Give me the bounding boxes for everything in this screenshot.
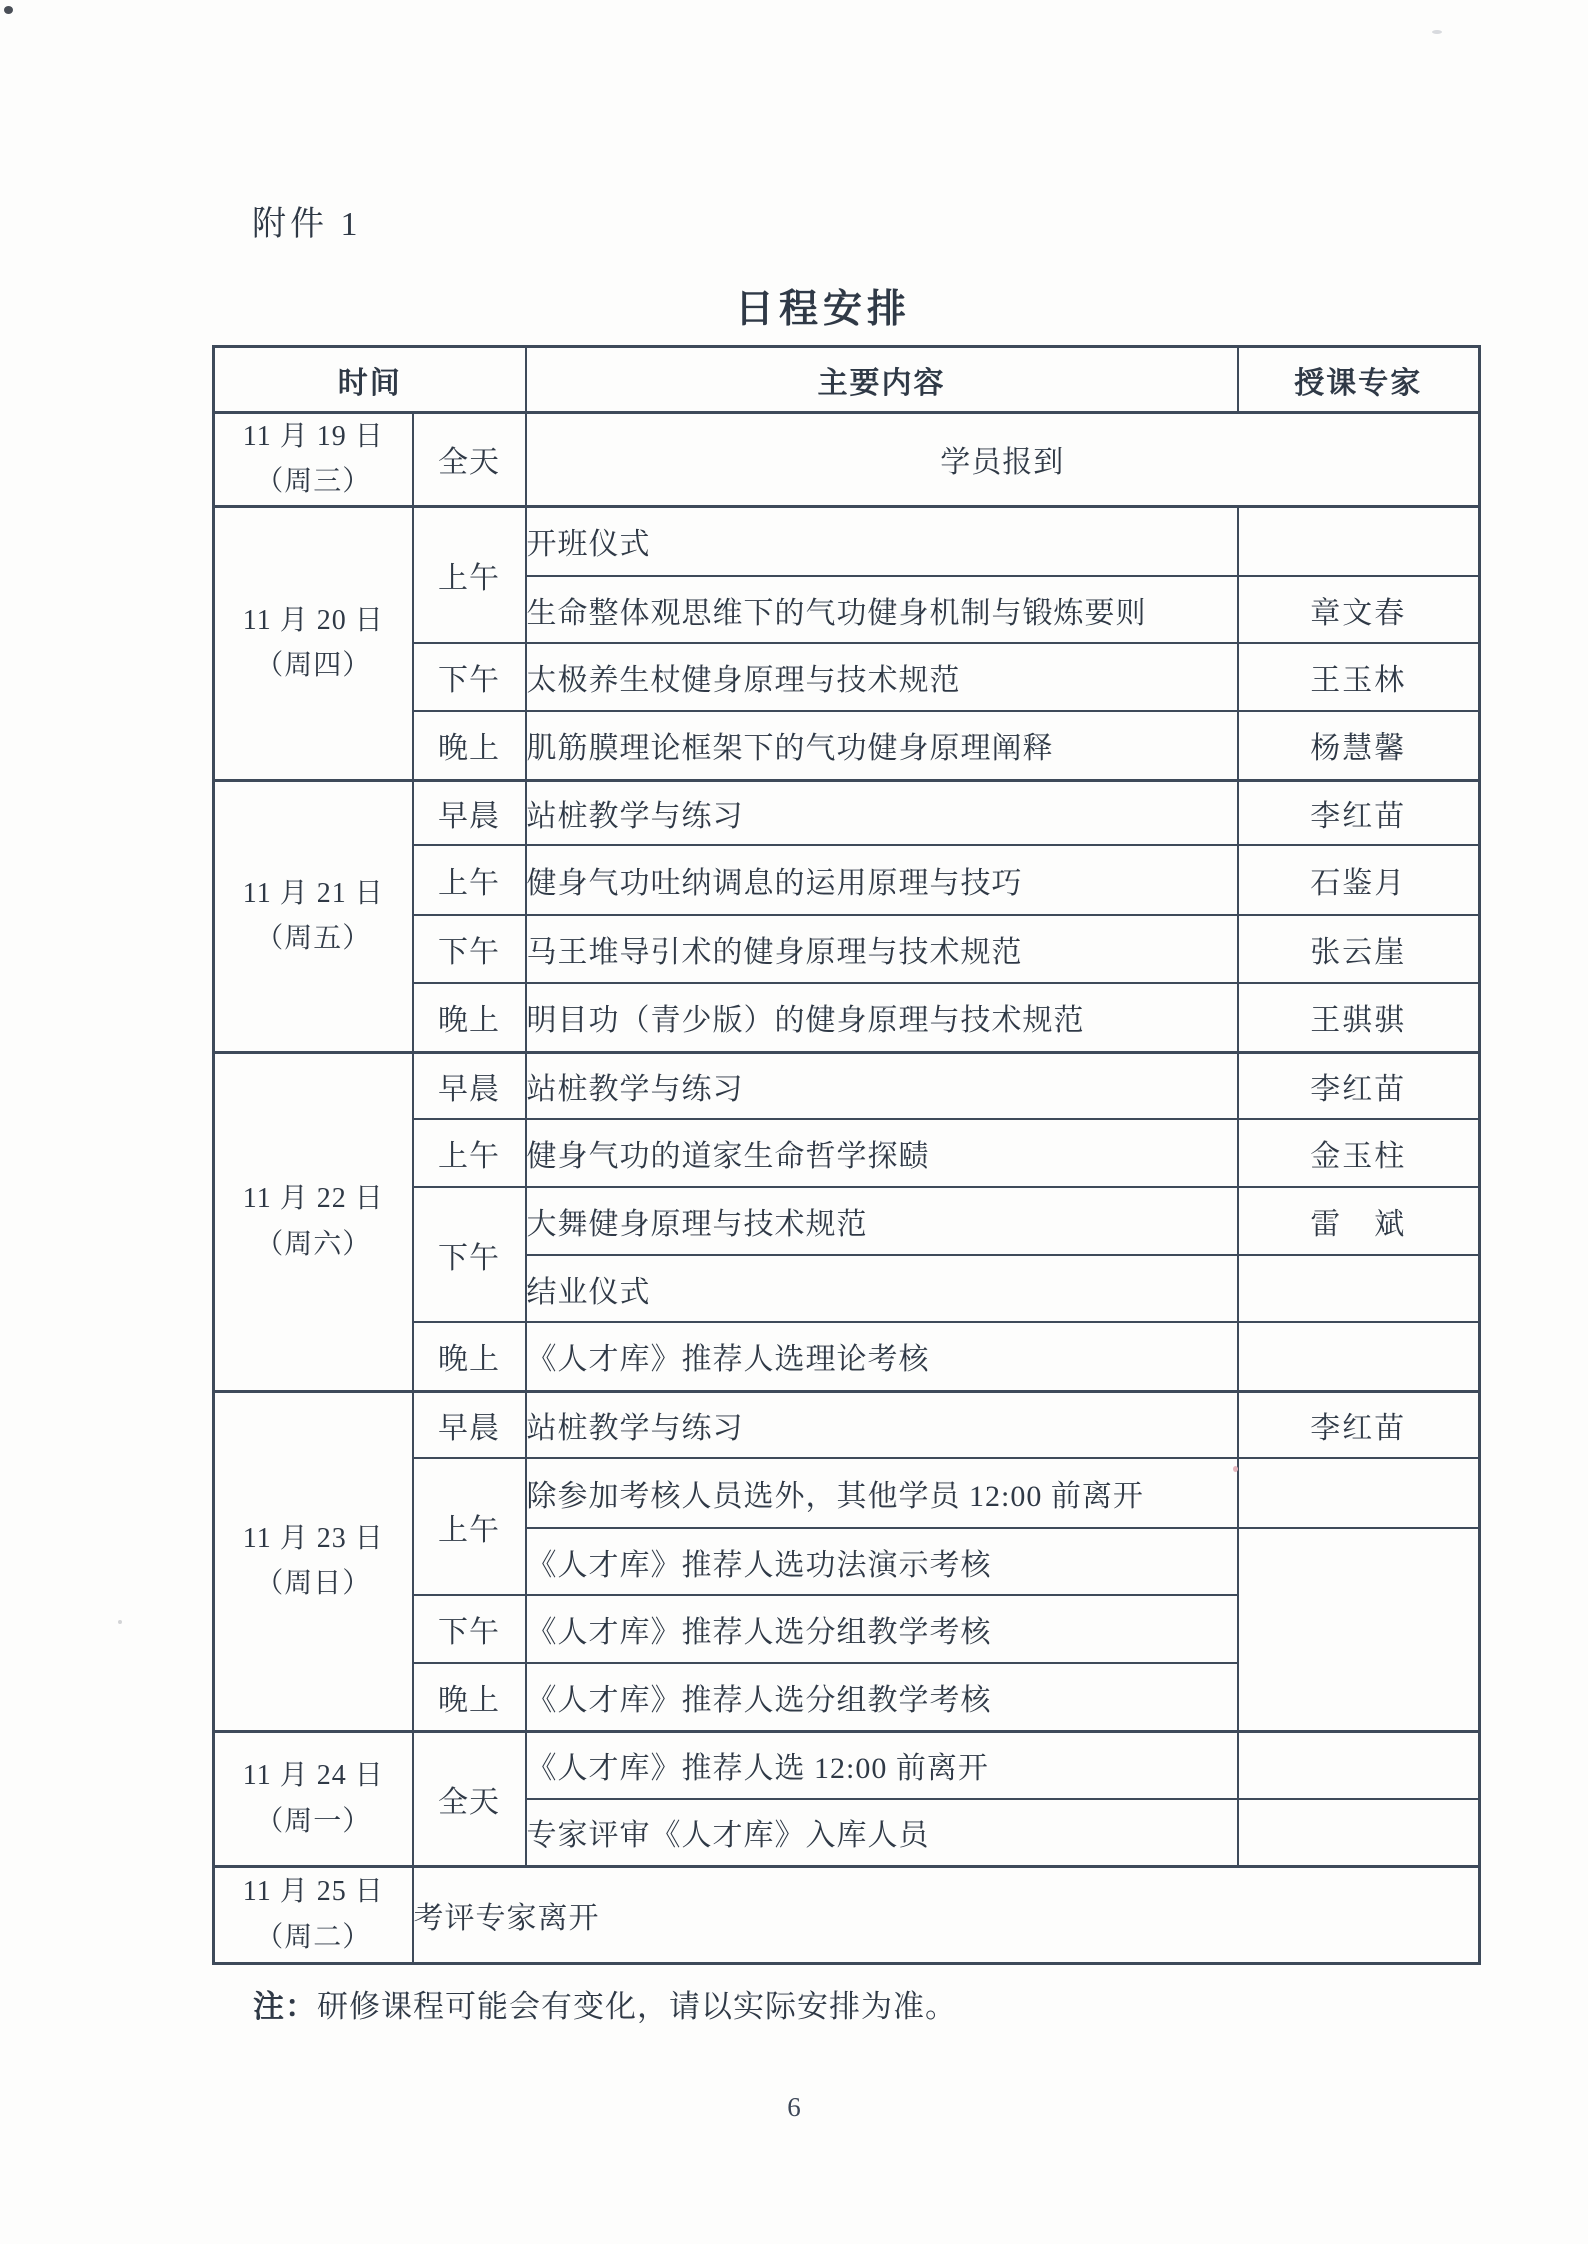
date-text: 11 月 22 日 <box>215 1176 412 1221</box>
expert-cell <box>1238 506 1480 576</box>
weekday-text: （周日） <box>215 1561 412 1606</box>
page-number: 6 <box>0 2092 1588 2123</box>
expert-cell: 章文春 <box>1238 576 1480 643</box>
content-cell: 生命整体观思维下的气功健身机制与锻炼要则 <box>526 576 1238 643</box>
weekday-text: （周三） <box>215 459 412 504</box>
expert-cell <box>1238 1528 1480 1731</box>
content-cell: 《人才库》推荐人选分组教学考核 <box>526 1663 1238 1731</box>
expert-cell <box>1238 1799 1480 1866</box>
content-cell: 开班仪式 <box>526 506 1238 576</box>
date-cell: 11 月 20 日 （周四） <box>214 506 413 780</box>
table-row: 11 月 25 日 （周二） 考评专家离开 <box>214 1866 1480 1963</box>
footnote-text: 研修课程可能会有变化，请以实际安排为准。 <box>317 1989 957 2024</box>
date-cell: 11 月 25 日 （周二） <box>214 1866 413 1963</box>
table-header-row: 时间 主要内容 授课专家 <box>214 347 1480 413</box>
content-cell: 肌筋膜理论框架下的气功健身原理阐释 <box>526 711 1238 780</box>
period-cell: 下午 <box>413 643 526 711</box>
content-cell: 结业仪式 <box>526 1255 1238 1322</box>
expert-cell: 张云崖 <box>1238 915 1480 983</box>
table-row: 11 月 24 日 （周一） 全天 《人才库》推荐人选 12:00 前离开 <box>214 1731 1480 1799</box>
expert-cell <box>1238 1322 1480 1391</box>
period-cell: 晚上 <box>413 711 526 780</box>
period-cell: 早晨 <box>413 1052 526 1119</box>
content-cell: 站桩教学与练习 <box>526 1052 1238 1119</box>
content-cell: 考评专家离开 <box>413 1866 1480 1963</box>
table-row: 11 月 19 日 （周三） 全天 学员报到 <box>214 413 1480 507</box>
weekday-text: （周一） <box>215 1799 412 1844</box>
period-cell: 下午 <box>413 915 526 983</box>
footnote-prefix: 注： <box>253 1989 317 2024</box>
footnote: 注：研修课程可能会有变化，请以实际安排为准。 <box>253 1981 957 2026</box>
content-cell: 太极养生杖健身原理与技术规范 <box>526 643 1238 711</box>
content-cell: 马王堆导引术的健身原理与技术规范 <box>526 915 1238 983</box>
date-text: 11 月 25 日 <box>215 1869 412 1914</box>
date-cell: 11 月 24 日 （周一） <box>214 1731 413 1866</box>
period-cell: 全天 <box>413 413 526 507</box>
content-cell: 《人才库》推荐人选功法演示考核 <box>526 1528 1238 1595</box>
scan-speck <box>118 1620 122 1624</box>
scan-speck <box>1233 1466 1238 1472</box>
content-cell: 健身气功的道家生命哲学探赜 <box>526 1119 1238 1187</box>
expert-cell: 李红苗 <box>1238 1052 1480 1119</box>
header-time: 时间 <box>214 347 526 413</box>
page-title: 日程安排 <box>190 278 1456 334</box>
date-text: 11 月 20 日 <box>215 598 412 643</box>
weekday-text: （周六） <box>215 1222 412 1267</box>
period-cell: 早晨 <box>413 780 526 845</box>
expert-cell: 石鉴月 <box>1238 845 1480 915</box>
expert-cell: 李红苗 <box>1238 1391 1480 1458</box>
content-cell: 明目功（青少版）的健身原理与技术规范 <box>526 983 1238 1052</box>
expert-cell: 雷 斌 <box>1238 1187 1480 1255</box>
period-cell: 下午 <box>413 1595 526 1663</box>
period-cell: 晚上 <box>413 983 526 1052</box>
header-content: 主要内容 <box>526 347 1238 413</box>
schedule-table: 时间 主要内容 授课专家 11 月 19 日 （周三） 全天 学员报到 11 月… <box>212 345 1481 1965</box>
date-cell: 11 月 19 日 （周三） <box>214 413 413 507</box>
content-cell: 《人才库》推荐人选理论考核 <box>526 1322 1238 1391</box>
period-cell: 下午 <box>413 1187 526 1322</box>
date-cell: 11 月 21 日 （周五） <box>214 780 413 1052</box>
expert-cell: 王骐骐 <box>1238 983 1480 1052</box>
weekday-text: （周四） <box>215 643 412 688</box>
weekday-text: （周二） <box>215 1915 412 1960</box>
header-expert: 授课专家 <box>1238 347 1480 413</box>
period-cell: 早晨 <box>413 1391 526 1458</box>
attachment-label: 附件 1 <box>252 196 362 245</box>
date-cell: 11 月 22 日 （周六） <box>214 1052 413 1391</box>
expert-cell: 金玉柱 <box>1238 1119 1480 1187</box>
content-cell: 健身气功吐纳调息的运用原理与技巧 <box>526 845 1238 915</box>
expert-cell <box>1238 1458 1480 1528</box>
period-cell: 上午 <box>413 1458 526 1595</box>
expert-cell: 杨慧馨 <box>1238 711 1480 780</box>
content-cell: 站桩教学与练习 <box>526 1391 1238 1458</box>
table-row: 11 月 21 日 （周五） 早晨 站桩教学与练习 李红苗 <box>214 780 1480 845</box>
period-cell: 全天 <box>413 1731 526 1866</box>
expert-cell <box>1238 1731 1480 1799</box>
period-cell: 晚上 <box>413 1663 526 1731</box>
date-text: 11 月 19 日 <box>215 414 412 459</box>
date-text: 11 月 23 日 <box>215 1516 412 1561</box>
date-cell: 11 月 23 日 （周日） <box>214 1391 413 1731</box>
scan-speck <box>1432 30 1442 34</box>
content-cell: 除参加考核人员选外，其他学员 12:00 前离开 <box>526 1458 1238 1528</box>
date-text: 11 月 24 日 <box>215 1753 412 1798</box>
table-row: 11 月 23 日 （周日） 早晨 站桩教学与练习 李红苗 <box>214 1391 1480 1458</box>
table-row: 11 月 22 日 （周六） 早晨 站桩教学与练习 李红苗 <box>214 1052 1480 1119</box>
content-cell: 专家评审《人才库》入库人员 <box>526 1799 1238 1866</box>
content-cell: 《人才库》推荐人选 12:00 前离开 <box>526 1731 1238 1799</box>
period-cell: 上午 <box>413 1119 526 1187</box>
weekday-text: （周五） <box>215 916 412 961</box>
date-text: 11 月 21 日 <box>215 871 412 916</box>
period-cell: 晚上 <box>413 1322 526 1391</box>
expert-cell: 王玉林 <box>1238 643 1480 711</box>
expert-cell: 李红苗 <box>1238 780 1480 845</box>
content-cell: 站桩教学与练习 <box>526 780 1238 845</box>
period-cell: 上午 <box>413 845 526 915</box>
content-cell: 大舞健身原理与技术规范 <box>526 1187 1238 1255</box>
content-cell: 学员报到 <box>526 413 1480 507</box>
table-row: 11 月 20 日 （周四） 上午 开班仪式 <box>214 506 1480 576</box>
scan-speck <box>4 6 13 14</box>
content-cell: 《人才库》推荐人选分组教学考核 <box>526 1595 1238 1663</box>
period-cell: 上午 <box>413 506 526 643</box>
expert-cell <box>1238 1255 1480 1322</box>
